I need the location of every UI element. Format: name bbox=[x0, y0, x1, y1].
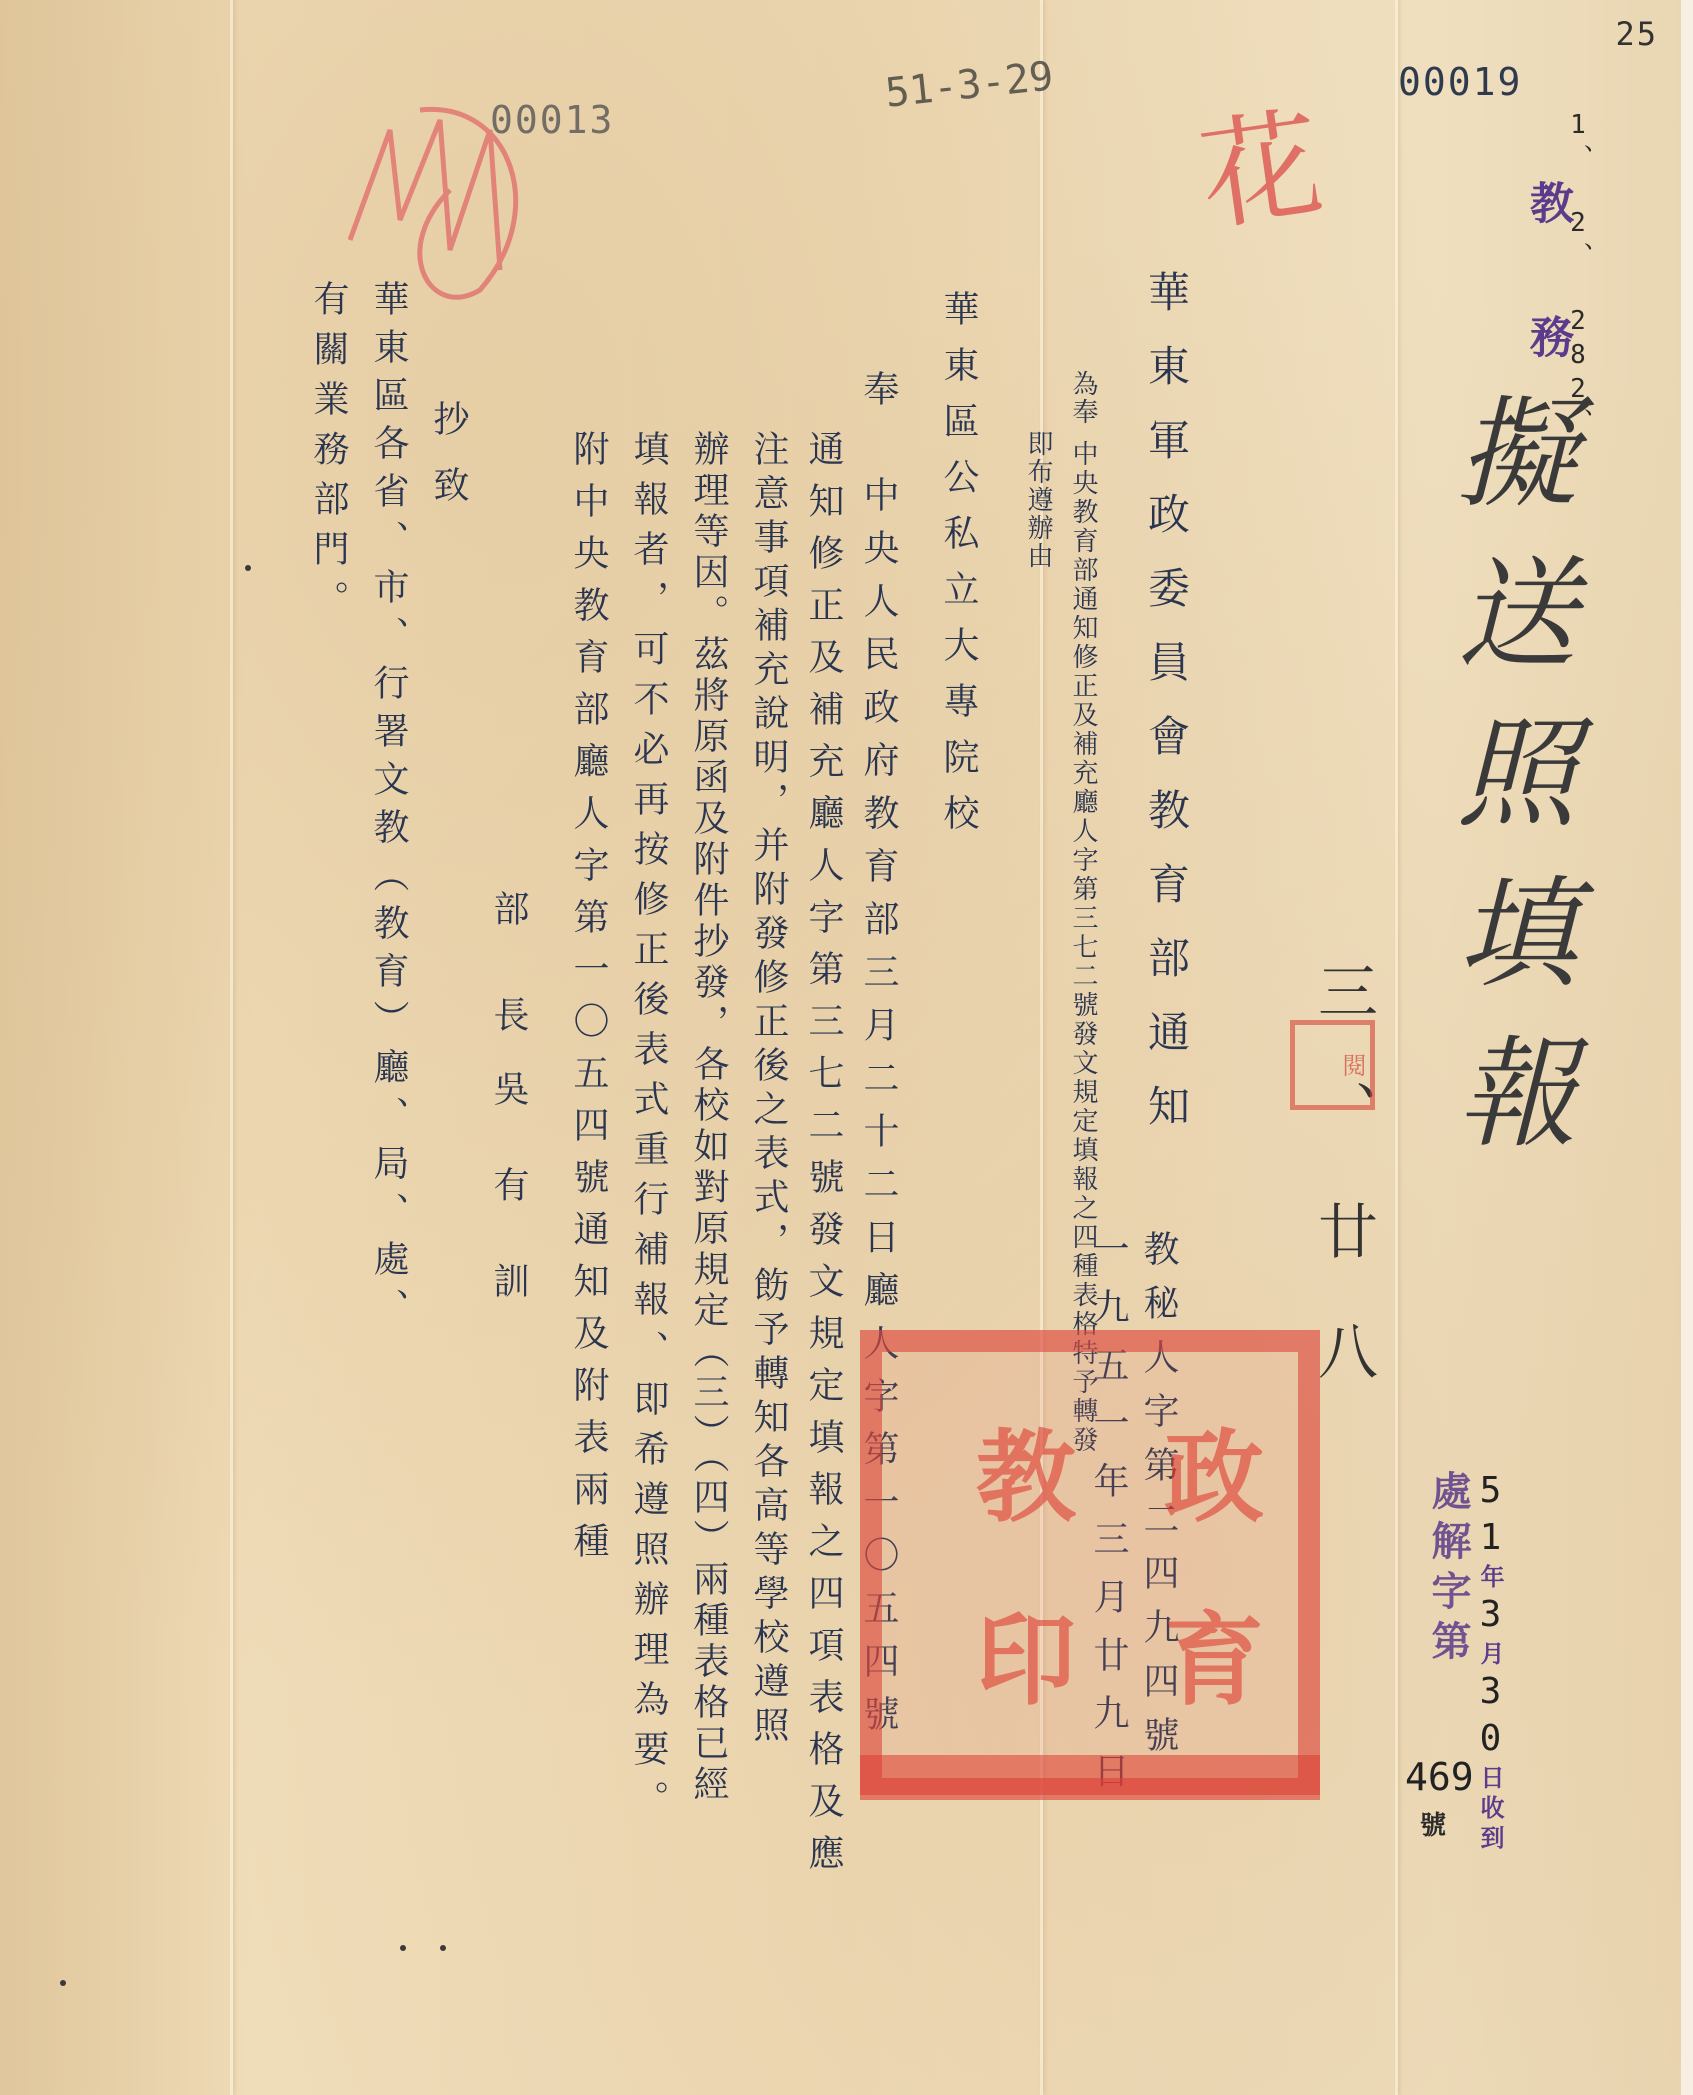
recipient: 華東區公私立大專院校 bbox=[940, 290, 976, 850]
subject-prefix: 為奉 bbox=[1070, 370, 1096, 426]
paper-speck bbox=[440, 1945, 446, 1951]
seal-bottom-band bbox=[860, 1755, 1320, 1795]
cc-label: 抄致 bbox=[430, 400, 466, 532]
handwritten-instruction: 擬送照填報 bbox=[1420, 390, 1592, 1190]
paper-speck bbox=[400, 1945, 406, 1951]
receipt-suffix: 號 bbox=[1420, 1805, 1446, 1842]
subject-tail: 即布遵辦由 bbox=[1025, 430, 1051, 570]
seal-char: 育 bbox=[1090, 1565, 1278, 1748]
issuer-title: 華東軍政委員會教育部通知 bbox=[1145, 270, 1187, 1158]
body-column-3: 注意事項補充說明，并附發修正後之表式，飭予轉知各高等學校遵照 bbox=[750, 430, 786, 1750]
body-column-5: 填報者，可不必再按修正後表式重行補報、即希遵照辦理為要。 bbox=[630, 430, 666, 1830]
paper-fold-line bbox=[1395, 0, 1398, 2095]
paper-speck bbox=[60, 1980, 66, 1986]
body-column-4: 辦理等因。茲將原函及附件抄發，各校如對原規定（三）（四）兩種表格已經 bbox=[690, 430, 726, 1806]
seal-char: 印 bbox=[902, 1565, 1090, 1748]
archive-stamp-primary: 00019 bbox=[1398, 60, 1522, 104]
paper-edge bbox=[1681, 0, 1693, 2095]
body-column-2: 通知修正及補充廳人字第三七二號發文規定填報之四項表格及應 bbox=[805, 430, 841, 1886]
small-personal-seal: 閱 bbox=[1290, 1020, 1375, 1110]
receipt-date: 51年3月30日收到 bbox=[1470, 1470, 1511, 1855]
cc-line-2: 有關業務部門。 bbox=[310, 280, 346, 630]
signatory-name: 吳有訓 bbox=[490, 1070, 526, 1358]
body-column-6-attachment: 附中央教育部廳人字第一〇五四號通知及附表兩種 bbox=[570, 430, 606, 1574]
paper-fold-line bbox=[230, 0, 233, 2095]
page-number: 25 bbox=[1615, 15, 1658, 53]
receipt-number: 469 bbox=[1405, 1755, 1474, 1799]
receipt-stamp-org: 處解字第 bbox=[1420, 1470, 1477, 1670]
cc-line-1: 華東區各省、市、行署文教（教育）廳、局、處、 bbox=[370, 280, 406, 1336]
red-mark-approval: 花 bbox=[1189, 67, 1332, 254]
red-scribble-mark bbox=[330, 90, 560, 320]
seal-char: 政 bbox=[1090, 1382, 1278, 1565]
paper-fold-shadow bbox=[0, 0, 230, 2095]
official-red-seal: 政 育 教 印 bbox=[860, 1330, 1320, 1800]
document-subject: 中央教育部通知修正及補充廳人字第三七二號發文規定填報之四種表格特予轉發 bbox=[1070, 440, 1096, 1455]
paper-speck bbox=[245, 565, 251, 571]
seal-char: 教 bbox=[902, 1382, 1090, 1565]
